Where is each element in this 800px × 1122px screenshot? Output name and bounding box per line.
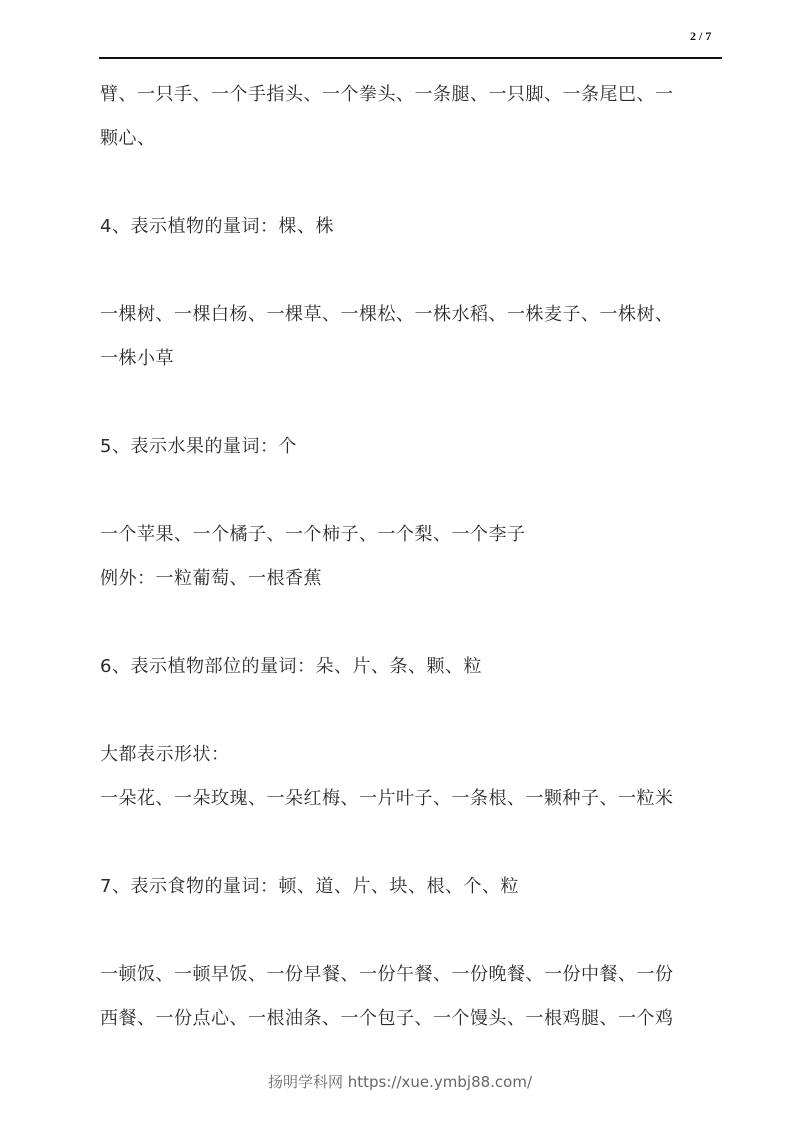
text-line: 一朵花、一朵玫瑰、一朵红梅、一片叶子、一条根、一颗种子、一粒米 bbox=[100, 784, 674, 810]
header-divider bbox=[99, 57, 722, 59]
text-line: 颗心、 bbox=[100, 124, 156, 150]
section-heading: 6、表示植物部位的量词：朵、片、条、颗、粒 bbox=[100, 652, 482, 678]
section-heading: 7、表示食物的量词：顿、道、片、块、根、个、粒 bbox=[100, 872, 519, 898]
section-heading: 5、表示水果的量词：个 bbox=[100, 432, 297, 458]
text-line: 一个苹果、一个橘子、一个柿子、一个梨、一个李子 bbox=[100, 520, 526, 546]
text-line: 大都表示形状： bbox=[100, 740, 230, 766]
text-line: 臂、一只手、一个手指头、一个拳头、一条腿、一只脚、一条尾巴、一 bbox=[100, 80, 674, 106]
text-line: 一棵树、一棵白杨、一棵草、一棵松、一株水稻、一株麦子、一株树、 bbox=[100, 300, 674, 326]
footer-watermark: 扬明学科网 https://xue.ymbj88.com/ bbox=[0, 1071, 800, 1092]
text-line: 例外：一粒葡萄、一根香蕉 bbox=[100, 564, 322, 590]
text-line: 西餐、一份点心、一根油条、一个包子、一个馒头、一根鸡腿、一个鸡 bbox=[100, 1004, 674, 1030]
page-number: 2 / 7 bbox=[690, 29, 711, 44]
section-heading: 4、表示植物的量词：棵、株 bbox=[100, 212, 334, 238]
text-line: 一顿饭、一顿早饭、一份早餐、一份午餐、一份晚餐、一份中餐、一份 bbox=[100, 960, 674, 986]
text-line: 一株小草 bbox=[100, 344, 174, 370]
